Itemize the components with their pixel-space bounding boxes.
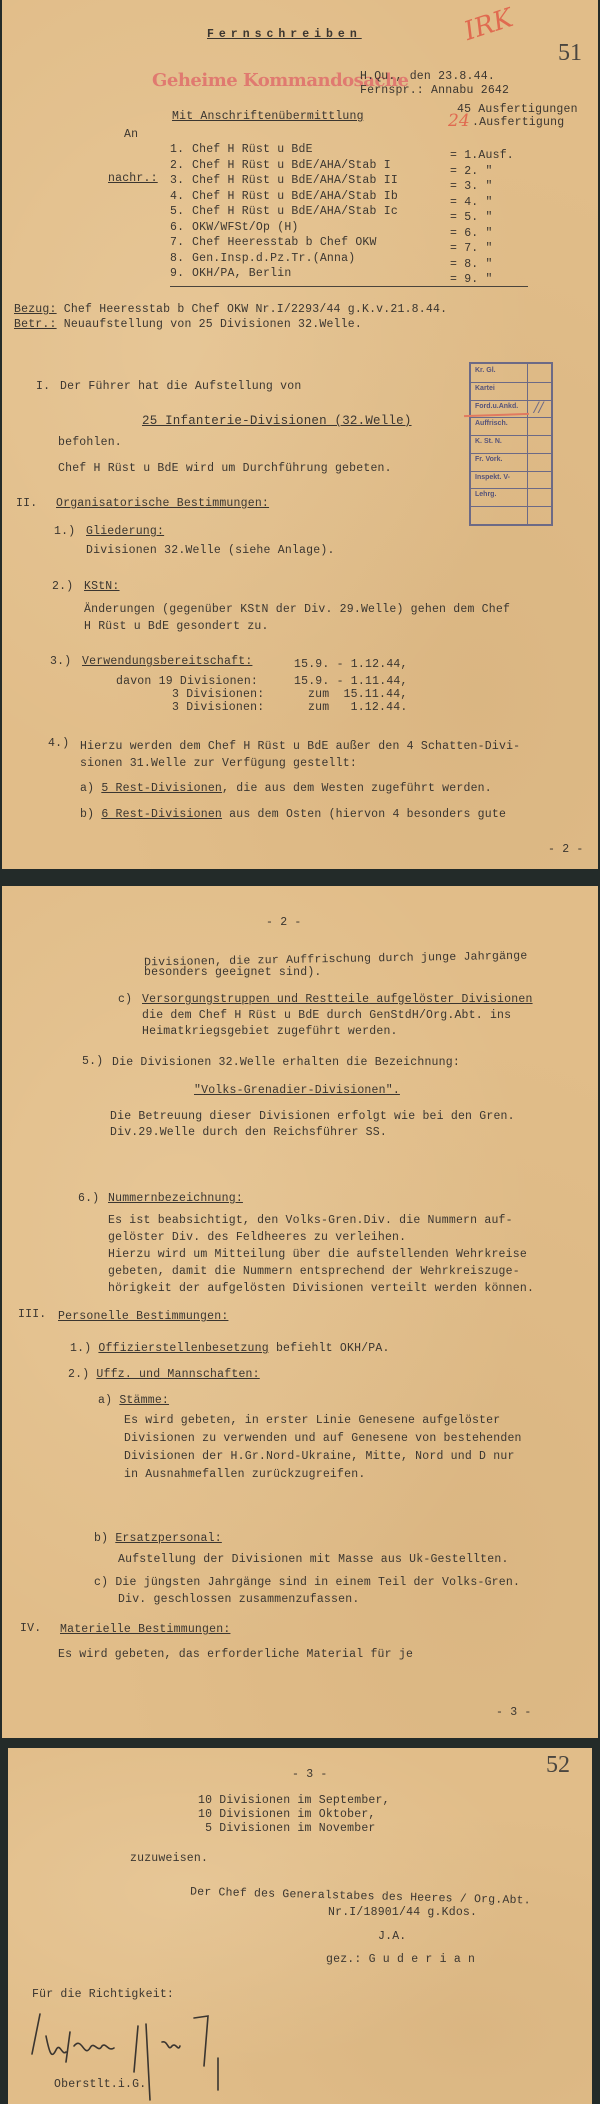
- item-c-text2: Heimatkriegsgebiet zugeführt werden.: [142, 1025, 398, 1039]
- recipient-copy: = 2. ": [450, 165, 493, 179]
- signature-typed: gez.: G u d e r i a n: [326, 1953, 475, 1967]
- item-2-4b-emphasis: 6 Rest-Divisionen: [101, 808, 222, 821]
- item-5-text: Die Divisionen 32.Welle erhalten die Bez…: [112, 1056, 460, 1070]
- section-3-number: III.: [18, 1308, 46, 1322]
- readiness-label: davon 19 Divisionen:: [116, 675, 258, 689]
- to-label: An: [124, 128, 138, 142]
- allocation-line: 10 Divisionen im Oktober,: [198, 1808, 376, 1822]
- item-6-line: Es ist beabsichtigt, den Volks-Gren.Div.…: [108, 1214, 513, 1228]
- recipient-copy: = 3. ": [450, 180, 493, 194]
- rank-line: Oberstlt.i.G.: [54, 2078, 146, 2092]
- item-3-2c-text1: Die jüngsten Jahrgänge sind in einem Tei…: [115, 1576, 520, 1589]
- section-2-title: Organisatorische Bestimmungen:: [56, 497, 269, 511]
- item-3-2b-number: b): [94, 1532, 108, 1545]
- item-2-2-title: KStN:: [84, 580, 120, 594]
- item-2-4b-text: aus dem Osten (hiervon 4 besonders gute: [222, 808, 506, 821]
- readiness-label: 3 Divisionen:: [172, 688, 264, 702]
- item-3-2c-number: c): [94, 1576, 108, 1589]
- item-3-2b-text: Aufstellung der Divisionen mit Masse aus…: [118, 1553, 509, 1567]
- phone-line: Fernspr.: Annabu 2642: [360, 84, 509, 98]
- item-5-text3: Div.29.Welle durch den Reichsführer SS.: [110, 1126, 387, 1140]
- document-title: Fernschreiben: [207, 28, 362, 42]
- section-4-title: Materielle Bestimmungen:: [60, 1623, 230, 1637]
- item-2-2-number: 2.): [52, 580, 73, 594]
- item-2-3-title: Verwendungsbereitschaft:: [82, 655, 252, 669]
- document-page-3: 52 - 3 - 10 Divisionen im September,10 D…: [8, 1748, 592, 2104]
- folio-number: 51: [558, 40, 582, 67]
- recipient-name: Chef H Rüst u BdE: [192, 143, 313, 157]
- registry-stamp-label: Fr. Vork.: [475, 456, 503, 463]
- recipient-name: OKW/WFSt/Op (H): [192, 221, 299, 235]
- recipient-name: Chef Heeresstab b Chef OKW: [192, 236, 377, 250]
- item-3-2a-title: Stämme:: [119, 1394, 169, 1407]
- item-6-line: gebeten, damit die Nummern entsprechend …: [108, 1265, 520, 1279]
- recipient-copy: = 9. ": [450, 273, 493, 287]
- divider-rule: [170, 286, 528, 287]
- section-2-number: II.: [16, 497, 37, 511]
- certification-label: Für die Richtigkeit:: [32, 1988, 174, 2002]
- registry-stamp: Kr. Gl.KarteiFord.u.Ankd.Auffrisch.K. St…: [469, 362, 553, 526]
- recipient-copy: = 4. ": [450, 196, 493, 210]
- item-2-3-range: 15.9. - 1.12.44,: [294, 658, 408, 672]
- recipient-number: 6.: [170, 221, 184, 235]
- registry-stamp-rule: [471, 453, 551, 454]
- recipient-name: Chef H Rüst u BdE/AHA/Stab Ic: [192, 205, 398, 219]
- readiness-date: 15.9. - 1.11.44,: [294, 675, 408, 689]
- recipient-number: 2.: [170, 159, 184, 173]
- item-3-2a-number: a): [98, 1394, 112, 1407]
- item-c-number: c): [118, 993, 132, 1007]
- recipient-name: Chef H Rüst u BdE/AHA/Stab I: [192, 159, 391, 173]
- registry-stamp-rule: [471, 471, 551, 472]
- registry-stamp-rule: [471, 488, 551, 489]
- registry-stamp-divider: [527, 364, 528, 524]
- item-2-4-number: 4.): [48, 737, 69, 751]
- item-2-2-text2: H Rüst u BdE gesondert zu.: [84, 620, 269, 634]
- section-1-emphasis: 25 Infanterie-Divisionen (32.Welle): [142, 414, 412, 428]
- recipient-number: 1.: [170, 143, 184, 157]
- item-5-emphasis: "Volks-Grenadier-Divisionen".: [194, 1084, 400, 1098]
- readiness-label: 3 Divisionen:: [172, 701, 264, 715]
- recipient-number: 3.: [170, 174, 184, 188]
- item-2-1-title: Gliederung:: [86, 525, 164, 539]
- recipient-copy: = 6. ": [450, 227, 493, 241]
- registry-stamp-rule: [471, 435, 551, 436]
- section-4-number: IV.: [20, 1622, 41, 1636]
- item-2-1-text: Divisionen 32.Welle (siehe Anlage).: [86, 544, 335, 558]
- recipient-name: Gen.Insp.d.Pz.Tr.(Anna): [192, 252, 355, 266]
- reference-number: Nr.I/18901/44 g.Kdos.: [328, 1906, 477, 1920]
- item-2-3-number: 3.): [50, 655, 71, 669]
- bezug-text: Chef Heeresstab b Chef OKW Nr.I/2293/44 …: [64, 303, 447, 316]
- document-page-1: 51 Fernschreiben IRK Geheime Kommandosac…: [2, 0, 598, 869]
- item-3-2a-line: Es wird gebeten, in erster Linie Genesen…: [124, 1414, 500, 1428]
- registry-stamp-label: Kartei: [475, 385, 495, 392]
- item-5-number: 5.): [82, 1055, 103, 1069]
- registry-stamp-label: Ford.u.Ankd.: [475, 403, 518, 410]
- registry-stamp-label: Kr. Gl.: [475, 367, 496, 374]
- item-3-2a-line: in Ausnahmefallen zurückzugreifen.: [124, 1468, 365, 1482]
- item-3-1-text: befiehlt OKH/PA.: [269, 1342, 390, 1355]
- item-6-line: gelöster Div. des Feldheeres zu verleihe…: [108, 1231, 406, 1245]
- item-6-number: 6.): [78, 1192, 99, 1206]
- item-2-4a-emphasis: 5 Rest-Divisionen: [101, 782, 222, 795]
- item-3-1-title: Offizierstellenbesetzung: [98, 1342, 268, 1355]
- place-date: H.Qu., den 23.8.44.: [360, 70, 495, 84]
- item-3-2-number: 2.): [68, 1368, 89, 1381]
- page-continuation-marker: - 2 -: [548, 843, 584, 857]
- pencil-initials: IRK: [461, 3, 517, 47]
- item-2-4b-number: b): [80, 808, 94, 821]
- recipient-name: OKH/PA, Berlin: [192, 267, 291, 281]
- item-2-2-text1: Änderungen (gegenüber KStN der Div. 29.W…: [84, 603, 510, 617]
- recipient-number: 4.: [170, 190, 184, 204]
- page-continuation-marker: - 3 -: [496, 1706, 532, 1720]
- recipient-name: Chef H Rüst u BdE/AHA/Stab II: [192, 174, 398, 188]
- registry-stamp-label: Inspekt. V-: [475, 474, 510, 481]
- item-c-emphasis: Versorgungstruppen und Restteile aufgelö…: [142, 993, 533, 1007]
- section-4-text: Es wird gebeten, das erforderliche Mater…: [58, 1648, 413, 1662]
- readiness-date: zum 15.11.44,: [308, 688, 407, 702]
- ia-line: J.A.: [378, 1930, 406, 1944]
- recipient-name: Chef H Rüst u BdE/AHA/Stab Ib: [192, 190, 398, 204]
- item-6-line: Hierzu wird um Mitteilung über die aufst…: [108, 1248, 527, 1262]
- allocation-line: 10 Divisionen im September,: [198, 1794, 390, 1808]
- readiness-date: zum 1.12.44.: [308, 701, 407, 715]
- allocation-line: 5 Divisionen im November: [198, 1822, 376, 1836]
- registry-stamp-rule: [471, 382, 551, 383]
- recipient-number: 7.: [170, 236, 184, 250]
- item-3-1-number: 1.): [70, 1342, 91, 1355]
- betr-label: Betr.:: [14, 318, 57, 331]
- section-1-line2: befohlen.: [58, 436, 122, 450]
- copies-total: 45 Ausfertigungen: [457, 103, 578, 117]
- section-3-title: Personelle Bestimmungen:: [58, 1310, 228, 1324]
- item-2-1-number: 1.): [54, 525, 75, 539]
- item-c-text1: die dem Chef H Rüst u BdE durch GenStdH/…: [142, 1009, 511, 1023]
- item-2-4-text2: sionen 31.Welle zur Verfügung gestellt:: [80, 757, 357, 771]
- bezug-label: Bezug:: [14, 303, 57, 316]
- item-3-2-title: Uffz. und Mannschaften:: [96, 1368, 259, 1381]
- closing-text: zuzuweisen.: [130, 1852, 208, 1866]
- item-2-4-text1: Hierzu werden dem Chef H Rüst u BdE auße…: [80, 740, 520, 754]
- section-1-line3: Chef H Rüst u BdE wird um Durchführung g…: [58, 462, 392, 476]
- section-1-line1: Der Führer hat die Aufstellung von: [60, 380, 301, 394]
- page-header: - 2 -: [266, 916, 302, 930]
- recipient-copy: = 8. ": [450, 258, 493, 272]
- recipient-copy: = 7. ": [450, 242, 493, 256]
- betr-text: Neuaufstellung von 25 Divisionen 32.Well…: [64, 318, 362, 331]
- registry-stamp-rule: [471, 417, 551, 418]
- copy-number-handwritten: 24: [448, 111, 470, 131]
- registry-stamp-label: Auffrisch.: [475, 420, 508, 427]
- copy-label: .Ausfertigung: [472, 116, 564, 130]
- continuation-line2: besonders geeignet sind).: [144, 966, 322, 980]
- item-3-2a-line: Divisionen der H.Gr.Nord-Ukraine, Mitte,…: [124, 1450, 515, 1464]
- item-5-text2: Die Betreuung dieser Divisionen erfolgt …: [110, 1110, 515, 1124]
- item-2-4a-text: , die aus dem Westen zugeführt werden.: [222, 782, 492, 795]
- registry-stamp-label: K. St. N.: [475, 438, 502, 445]
- registry-stamp-rule: [471, 506, 551, 507]
- registry-stamp-label: Lehrg.: [475, 491, 496, 498]
- recipient-copy: = 1.Ausf.: [450, 149, 514, 163]
- page-header: - 3 -: [292, 1768, 328, 1782]
- recipient-copy: = 5. ": [450, 211, 493, 225]
- nachr-label: nachr.:: [108, 172, 158, 186]
- folio-number: 52: [546, 1752, 570, 1779]
- item-3-2a-line: Divisionen zu verwenden und auf Genesene…: [124, 1432, 522, 1446]
- item-3-2b-title: Ersatzpersonal:: [115, 1532, 222, 1545]
- transmission-note: Mit Anschriftenübermittlung: [172, 110, 364, 124]
- document-page-2: - 2 - Divisionen, die zur Auffrischung d…: [2, 886, 598, 1738]
- item-3-2c-text2: Div. geschlossen zusammenzufassen.: [118, 1593, 359, 1607]
- item-6-title: Nummernbezeichnung:: [108, 1192, 243, 1206]
- item-2-4a-number: a): [80, 782, 94, 795]
- recipient-number: 8.: [170, 252, 184, 266]
- item-6-line: hörigkeit der aufgelösten Divisionen ver…: [108, 1282, 534, 1296]
- registry-mark: //: [534, 400, 543, 416]
- recipient-number: 9.: [170, 267, 184, 281]
- section-1-number: I.: [36, 380, 50, 394]
- recipient-number: 5.: [170, 205, 184, 219]
